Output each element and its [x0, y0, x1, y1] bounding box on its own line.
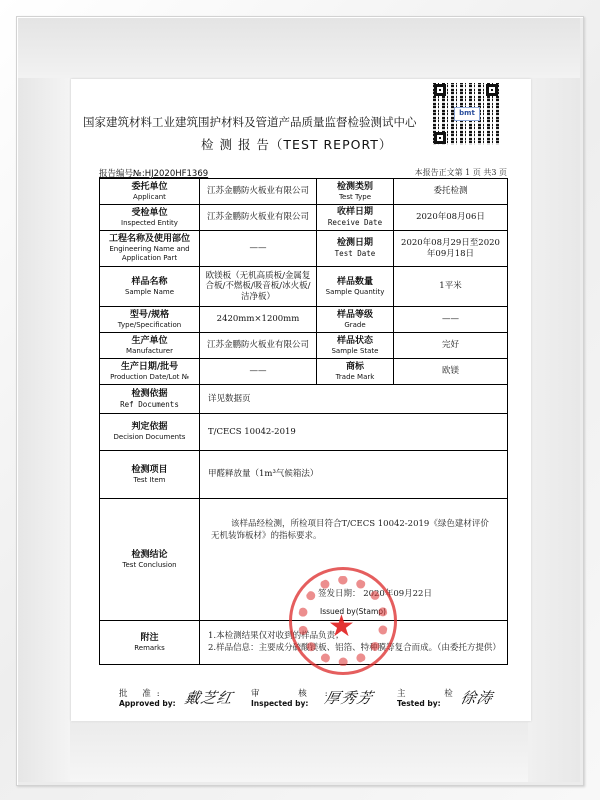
applicant-label: 委托单位 Applicant [100, 179, 200, 205]
sample-name-value: 欧镁板（无机高质板/金属复合板/不燃板/吸音板/冰火板/洁净板） [200, 267, 317, 307]
report-title: 检 测 报 告（TEST REPORT） [201, 135, 392, 153]
grade-label: 样品等级 Grade [317, 307, 394, 333]
approved-by: 批 准: Approved by: [119, 687, 176, 708]
sample-state-label: 样品状态 Sample State [317, 333, 394, 359]
remarks-line-1: 1.本检测结果仅对收到的样品负责； [208, 631, 504, 643]
table-row: 附注 Remarks 1.本检测结果仅对收到的样品负责； 2.样品信息：主要成分… [100, 621, 508, 665]
test-item-value: 甲醛释放量（1m³气候箱法） [200, 451, 508, 499]
test-type-value: 委托检测 [394, 179, 508, 205]
inspected-entity-value: 江苏金鹏防火板业有限公司 [200, 205, 317, 231]
decision-documents-value: T/CECS 10042-2019 [200, 414, 508, 451]
applicant-value: 江苏金鹏防火板业有限公司 [200, 179, 317, 205]
test-item-label: 检测项目 Test Item [100, 451, 200, 499]
bmt-logo: bmt [454, 107, 480, 121]
test-date-value: 2020年08月29日至2020年09月18日 [394, 231, 508, 267]
sample-name-label: 样品名称 Sample Name [100, 267, 200, 307]
sample-quantity-label: 样品数量 Sample Quantity [317, 267, 394, 307]
test-report-document: 国家建筑材料工业建筑围护材料及管道产品质量监督检验测试中心 检 测 报 告（TE… [71, 79, 531, 721]
signatures: 批 准: Approved by: 戴芝红 审 核: Inspected by:… [99, 687, 507, 717]
test-date-label: 检测日期 Test Date [317, 231, 394, 267]
report-table: 委托单位 Applicant 江苏金鹏防火板业有限公司 检测类别 Test Ty… [99, 178, 508, 665]
approved-signature: 戴芝红 [183, 687, 235, 708]
manufacturer-label: 生产单位 Manufacturer [100, 333, 200, 359]
table-row: 生产单位 Manufacturer 江苏金鹏防火板业有限公司 样品状态 Samp… [100, 333, 508, 359]
receive-date-value: 2020年08月06日 [394, 205, 508, 231]
issue-date: 签发日期： 2020年09月22日 [318, 589, 432, 600]
production-date-value: —— [200, 359, 317, 385]
trade-mark-value: 欧镁 [394, 359, 508, 385]
type-spec-label: 型号/规格 Type/Specification [100, 307, 200, 333]
table-row: 委托单位 Applicant 江苏金鹏防火板业有限公司 检测类别 Test Ty… [100, 179, 508, 205]
page-info: 本报告正文第 1 页 共3 页 [415, 167, 507, 178]
ref-documents-value: 详见数据页 [200, 385, 508, 414]
table-row: 判定依据 Decision Documents T/CECS 10042-201… [100, 414, 508, 451]
table-row: 受检单位 Inspected Entity 江苏金鹏防火板业有限公司 收样日期 … [100, 205, 508, 231]
remarks-label: 附注 Remarks [100, 621, 200, 665]
issued-by-stamp-label: Issued by(Stamp) [320, 607, 386, 616]
table-row: 样品名称 Sample Name 欧镁板（无机高质板/金属复合板/不燃板/吸音板… [100, 267, 508, 307]
table-row: 检测结论 Test Conclusion 该样品经检测，所检项目符合T/CECS… [100, 499, 508, 621]
sample-state-value: 完好 [394, 333, 508, 359]
qr-code-icon: bmt [433, 83, 499, 145]
test-conclusion-label: 检测结论 Test Conclusion [100, 499, 200, 621]
ref-documents-label: 检测依据 Ref Documents [100, 385, 200, 414]
test-conclusion-value: 该样品经检测，所检项目符合T/CECS 10042-2019《绿色建材评价 无机… [211, 518, 496, 543]
manufacturer-value: 江苏金鹏防火板业有限公司 [200, 333, 317, 359]
test-type-label: 检测类别 Test Type [317, 179, 394, 205]
grade-value: —— [394, 307, 508, 333]
engineering-label: 工程名称及使用部位 Engineering Name and Applicati… [100, 231, 200, 267]
remarks-line-2: 2.样品信息：主要成分硫酸镁板、铝箔、特种膜等复合而成。（由委托方提供） [208, 643, 504, 655]
type-spec-value: 2420mm×1200mm [200, 307, 317, 333]
tested-signature: 徐涛 [459, 687, 495, 708]
engineering-value: —— [200, 231, 317, 267]
organization-name: 国家建筑材料工业建筑围护材料及管道产品质量监督检验测试中心 [83, 114, 417, 130]
test-conclusion-cell: 该样品经检测，所检项目符合T/CECS 10042-2019《绿色建材评价 无机… [200, 499, 508, 621]
decision-documents-label: 判定依据 Decision Documents [100, 414, 200, 451]
inspected-entity-label: 受检单位 Inspected Entity [100, 205, 200, 231]
remarks-cell: 1.本检测结果仅对收到的样品负责； 2.样品信息：主要成分硫酸镁板、铝箔、特种膜… [200, 621, 508, 665]
inspected-signature: 厚秀芳 [323, 687, 375, 708]
sample-quantity-value: 1平米 [394, 267, 508, 307]
table-row: 工程名称及使用部位 Engineering Name and Applicati… [100, 231, 508, 267]
table-row: 检测依据 Ref Documents 详见数据页 [100, 385, 508, 414]
table-row: 检测项目 Test Item 甲醛释放量（1m³气候箱法） [100, 451, 508, 499]
trade-mark-label: 商标 Trade Mark [317, 359, 394, 385]
receive-date-label: 收样日期 Receive Date [317, 205, 394, 231]
table-row: 生产日期/批号 Production Date/Lot № —— 商标 Trad… [100, 359, 508, 385]
production-date-label: 生产日期/批号 Production Date/Lot № [100, 359, 200, 385]
table-row: 型号/规格 Type/Specification 2420mm×1200mm 样… [100, 307, 508, 333]
